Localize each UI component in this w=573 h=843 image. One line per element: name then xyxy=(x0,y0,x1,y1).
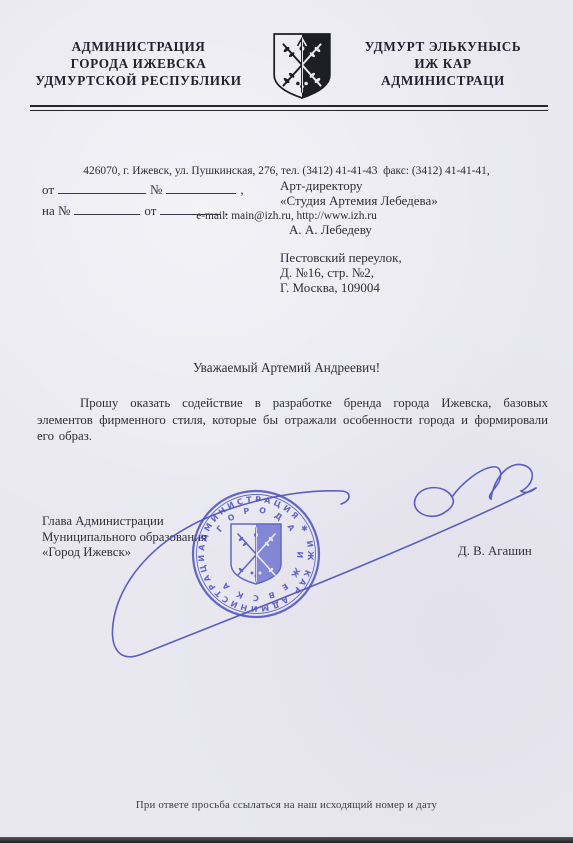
recipient-city: Г. Москва, 109004 xyxy=(280,280,438,295)
stamp-coat-of-arms-icon xyxy=(231,524,281,584)
header-left-line3: УДМУРТСКОЙ РЕСПУБЛИКИ xyxy=(26,72,251,89)
footer-note: При ответе просьба ссылаться на наш исхо… xyxy=(0,799,573,811)
header-org-name-russian: АДМИНИСТРАЦИЯ ГОРОДА ИЖЕВСКА УДМУРТСКОЙ … xyxy=(26,38,251,89)
header-left-line1: АДМИНИСТРАЦИЯ xyxy=(26,38,251,55)
signer-title-block: Глава Администрации Муниципального образ… xyxy=(42,514,207,561)
scanned-letter-page: АДМИНИСТРАЦИЯ ГОРОДА ИЖЕВСКА УДМУРТСКОЙ … xyxy=(0,0,573,843)
signer-title-line3: «Город Ижевск» xyxy=(42,545,207,561)
header-right-line2: ИЖ КАР xyxy=(338,55,548,72)
recipient-person: А. А. Лебедеву xyxy=(280,222,438,237)
header-right-line3: АДМИНИСТРАЦИ xyxy=(338,72,548,89)
ref-number-label: № xyxy=(150,182,162,197)
ref-punct2: , xyxy=(224,203,227,218)
scan-edge-bar xyxy=(0,837,573,843)
signer-name: Д. В. Агашин xyxy=(458,544,532,559)
salutation: Уважаемый Артемий Андреевич! xyxy=(0,360,573,376)
ref-on-from-label: от xyxy=(144,203,156,218)
reference-line-outgoing: от№, xyxy=(42,181,244,198)
recipient-block: Арт-директору «Студия Артемия Лебедева» … xyxy=(280,178,438,295)
header-rule-thick xyxy=(30,105,548,107)
header-rule-thin xyxy=(30,110,548,111)
signer-title-line2: Муниципального образования xyxy=(42,530,207,546)
ref-from-label: от xyxy=(42,182,54,197)
ref-on-number-blank xyxy=(74,202,140,215)
contact-line1: 426070, г. Ижевск, ул. Пушкинская, 276, … xyxy=(0,164,573,179)
official-round-stamp: АДМИНИСТРАЦИЯ ✱ ИЖ КАР АДМИНИСТРАЦИ ✱ ГО… xyxy=(186,484,326,629)
ref-date-blank xyxy=(58,181,146,194)
letter-body: Прошу оказать содействие в разработке бр… xyxy=(37,395,548,445)
header-org-name-udmurt: УДМУРТ ЭЛЬКУНЫСЬ ИЖ КАР АДМИНИСТРАЦИ xyxy=(338,38,548,89)
header-right-line1: УДМУРТ ЭЛЬКУНЫСЬ xyxy=(338,38,548,55)
recipient-position: Арт-директору xyxy=(280,178,438,193)
recipient-company: «Студия Артемия Лебедева» xyxy=(280,193,438,208)
signer-title-line1: Глава Администрации xyxy=(42,514,207,530)
recipient-street: Пестовский переулок, xyxy=(280,250,438,265)
recipient-building: Д. №16, стр. №2, xyxy=(280,265,438,280)
izhevsk-coat-of-arms-icon xyxy=(271,32,333,105)
ref-punct: , xyxy=(240,182,243,197)
reference-line-incoming: на №от, xyxy=(42,202,228,219)
ref-on-date-blank xyxy=(160,202,220,215)
ref-on-number-label: на № xyxy=(42,203,70,218)
header-left-line2: ГОРОДА ИЖЕВСКА xyxy=(26,55,251,72)
ref-number-blank xyxy=(166,181,236,194)
